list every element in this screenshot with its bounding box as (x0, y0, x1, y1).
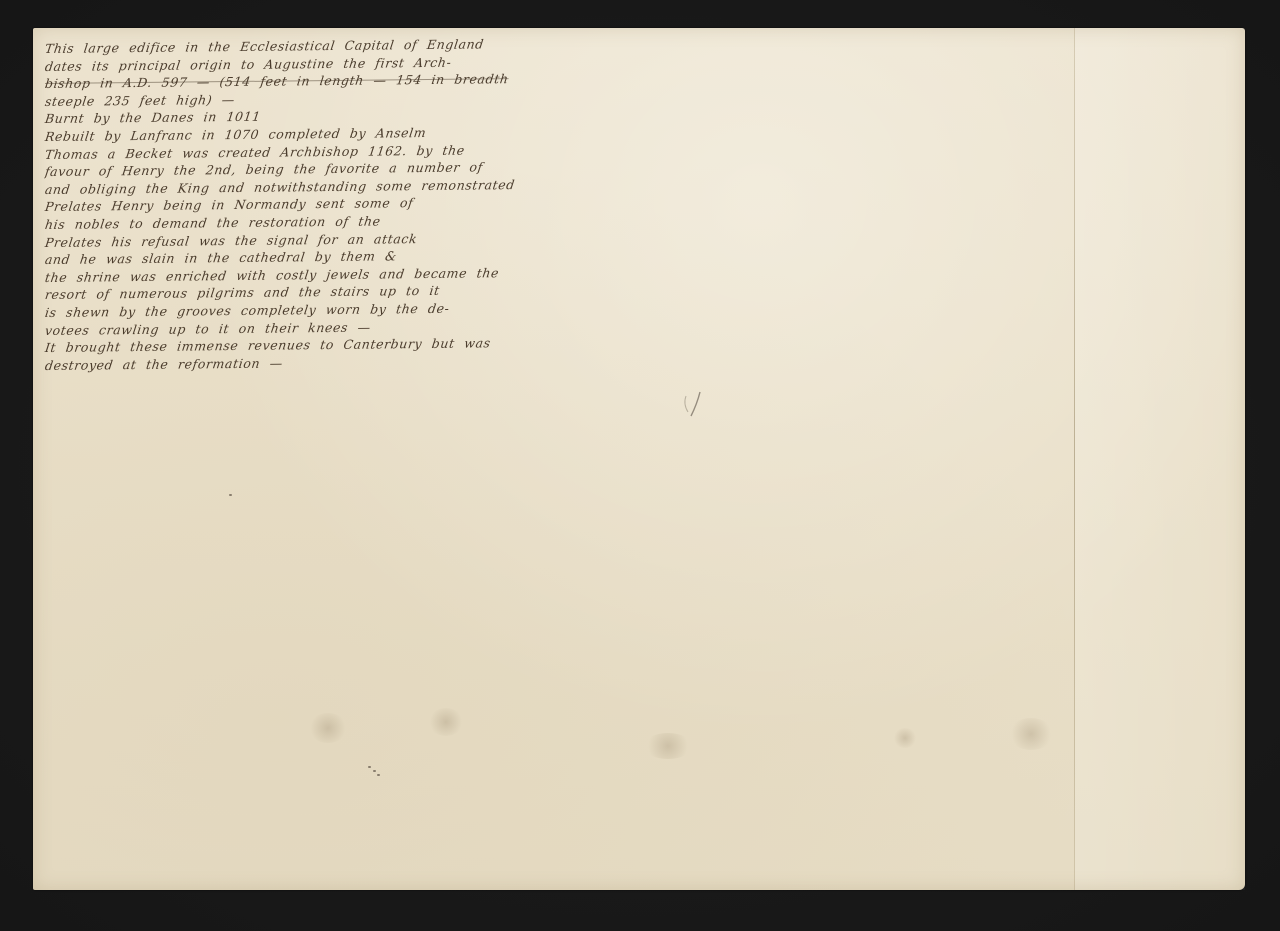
foxing-stain (893, 728, 917, 748)
foxing-stain (428, 708, 464, 736)
fold-shade (1075, 28, 1245, 890)
ink-mark (680, 386, 706, 422)
handwritten-text-block: This large edifice in the Ecclesiastical… (45, 40, 565, 374)
foxing-stain (1008, 718, 1054, 750)
speck (368, 766, 371, 768)
speck (229, 494, 232, 496)
fold-line (1074, 28, 1075, 890)
manuscript-page: This large edifice in the Ecclesiastical… (33, 28, 1245, 890)
speck (373, 770, 376, 772)
speck (377, 774, 380, 776)
scan-background: This large edifice in the Ecclesiastical… (0, 0, 1280, 931)
foxing-stain (643, 733, 693, 759)
foxing-stain (308, 713, 348, 743)
